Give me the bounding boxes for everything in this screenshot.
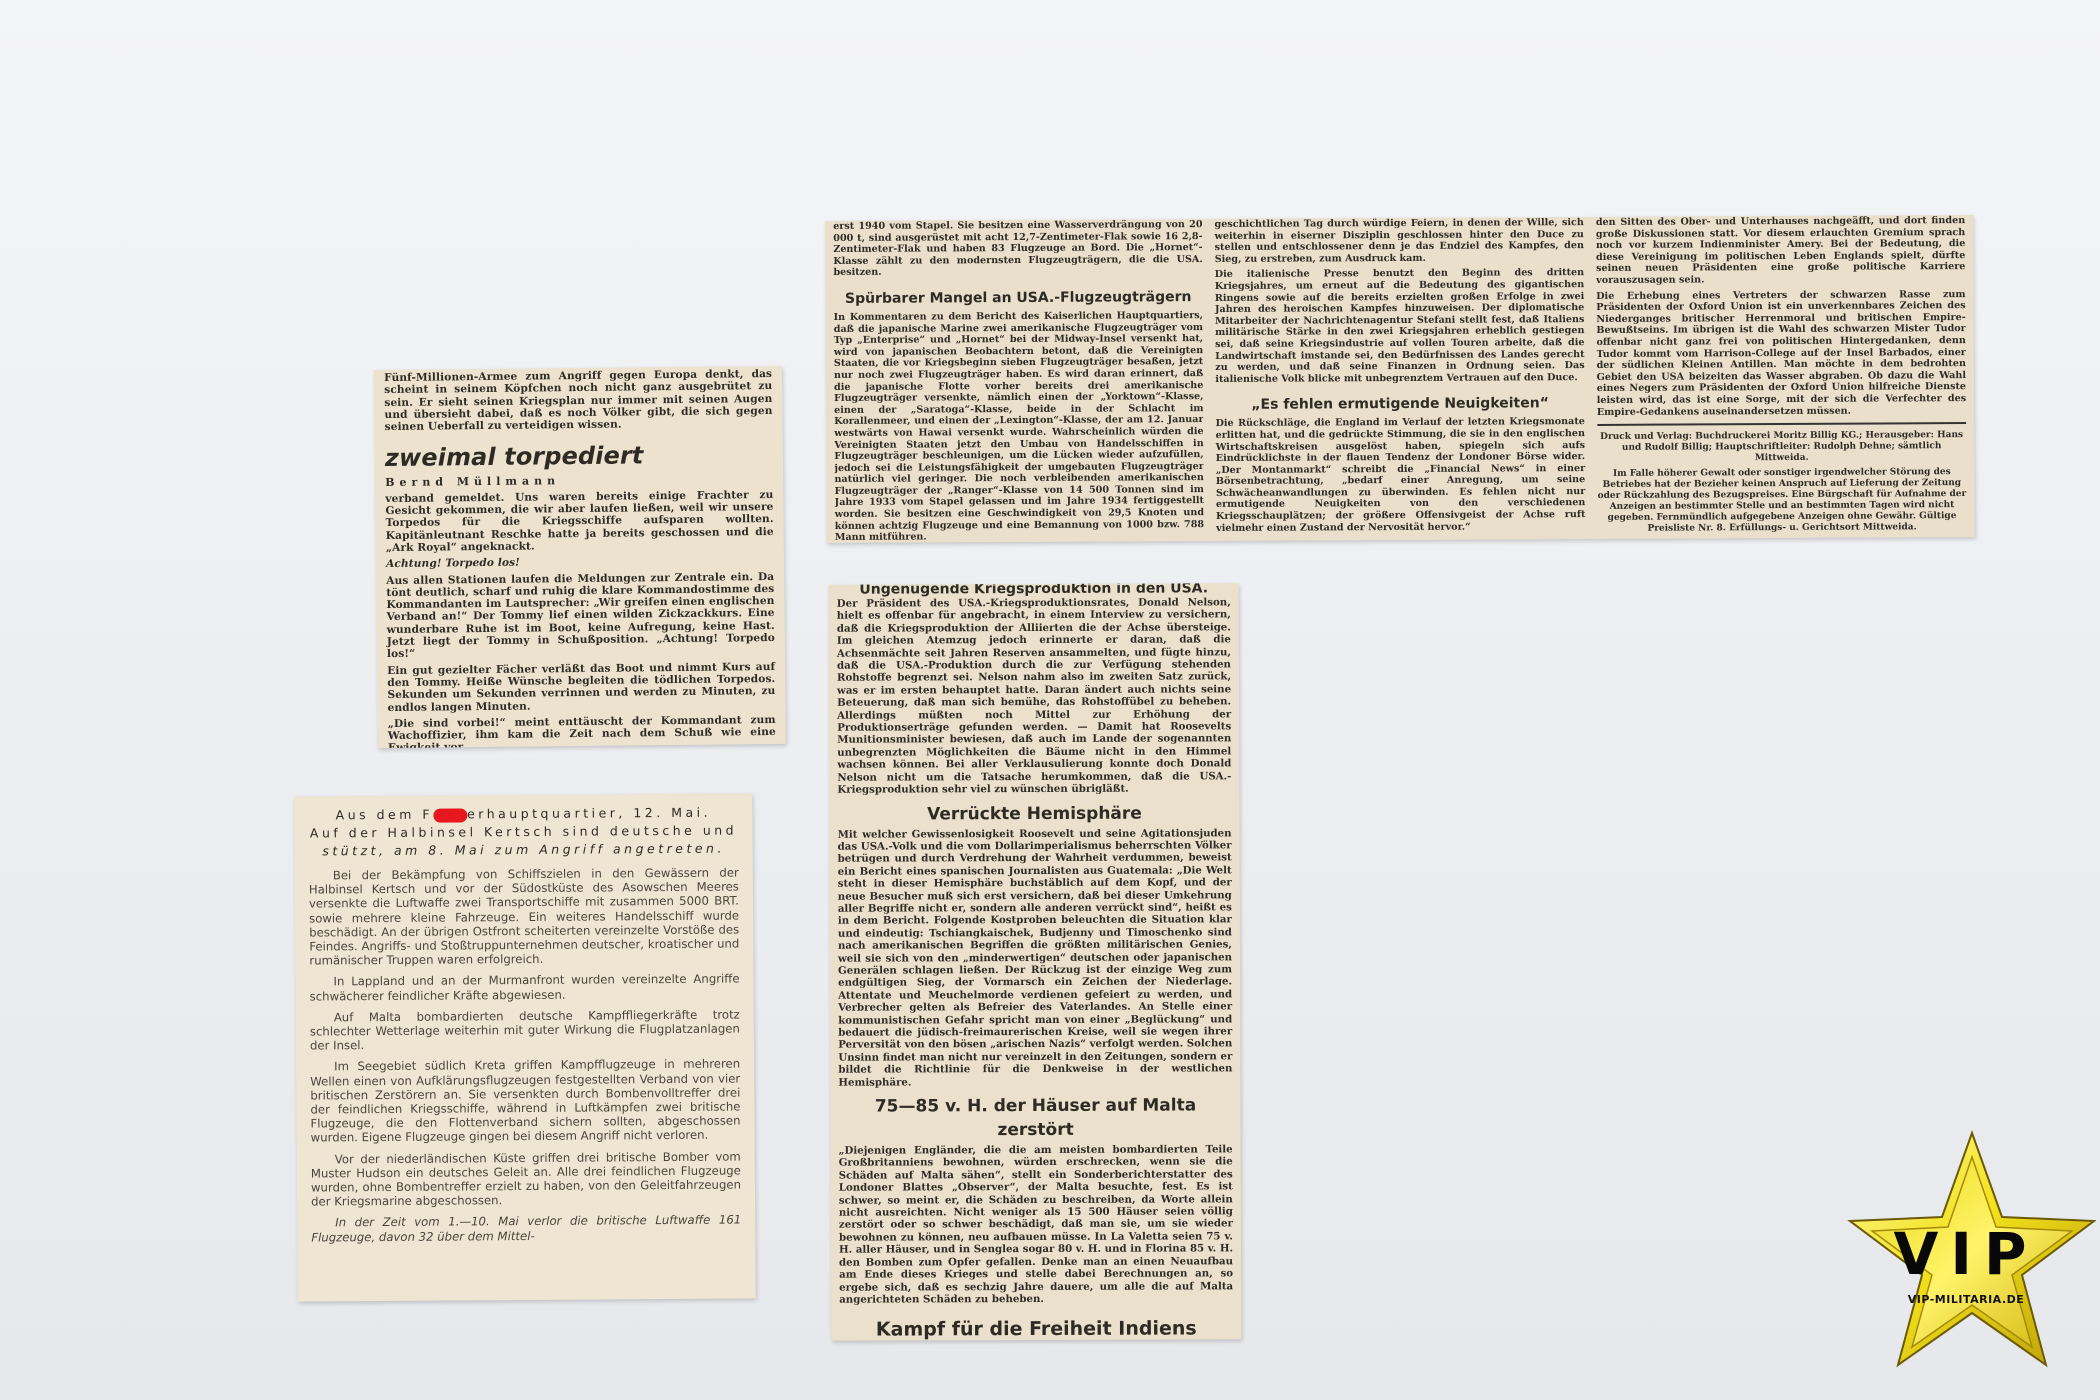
clipping-byline: Bernd Müllmann	[385, 473, 773, 489]
newspaper-clipping-tall-column: Ungenügende Kriegsproduktion in den USA.…	[829, 583, 1242, 1340]
clipping-column-1: erst 1940 vom Stapel. Sie besitzen eine …	[833, 219, 1204, 543]
clipping-headline: 75—85 v. H. der Häuser auf Malta zerstör…	[838, 1093, 1232, 1142]
clipping-paragraph: In Kommentaren zu dem Bericht des Kaiser…	[834, 310, 1205, 543]
clipping-intro: Fünf-Millionen-Armee zum Angriff gegen E…	[384, 368, 773, 434]
clipping-paragraph: Im Seegebiet südlich Kreta griffen Kampf…	[310, 1057, 741, 1145]
clipping-paragraph: Mit welcher Gewissenlosigkeit Roosevelt …	[838, 827, 1233, 1089]
clipping-paragraph: Vor der niederländischen Küste griffen d…	[311, 1149, 741, 1209]
clipping-column-3: den Sitten des Ober- und Unterhauses nac…	[1596, 215, 1967, 539]
clipping-headline: „Es fehlen ermutigende Neuigkeiten“	[1215, 393, 1584, 415]
clipping-headline: Spürbarer Mangel an USA.-Flugzeugträgern	[834, 287, 1203, 309]
vip-militaria-logo: VIP VIP-MILITARIA.DE	[1836, 1125, 2096, 1385]
logo-text: VIP	[1836, 1220, 2096, 1288]
clipping-subheading: Achtung! Torpedo los!	[386, 554, 774, 570]
newspaper-clipping-wide-strip: erst 1940 vom Stapel. Sie besitzen eine …	[825, 215, 1975, 543]
clipping-lead-line: stützt, am 8. Mai zum Angriff angetreten…	[309, 840, 739, 861]
clipping-headline: Kampf für die Freiheit Indiens	[839, 1315, 1233, 1341]
newspaper-clipping-torpediert: Fünf-Millionen-Armee zum Angriff gegen E…	[374, 366, 786, 748]
clipping-headline: zweimal torpediert	[385, 439, 773, 473]
redaction-mark	[433, 808, 467, 822]
divider	[1597, 422, 1966, 426]
clipping-paragraph: In Lappland und an der Murmanfront wurde…	[309, 972, 739, 1003]
clipping-paragraph: Die Rückschläge, die England im Verlauf …	[1216, 416, 1586, 534]
clipping-headline: Ungenügende Kriegsproduktion in den USA.	[837, 583, 1231, 597]
clipping-paragraph: In der Zeit vom 1.—10. Mai verlor die br…	[311, 1213, 741, 1244]
clipping-paragraph: Der Präsident des USA.-Kriegsproduktions…	[837, 596, 1232, 796]
clipping-paragraph: geschichtlichen Tag durch würdige Feiern…	[1214, 217, 1584, 265]
clipping-notice: Im Falle höherer Gewalt oder sonstiger i…	[1597, 467, 1967, 535]
clipping-paragraph: Aus allen Stationen laufen die Meldungen…	[386, 571, 775, 661]
clipping-paragraph: Die Erhebung eines Vertreters der schwar…	[1596, 289, 1966, 418]
clipping-paragraph: verband gemeldet. Uns waren bereits eini…	[385, 489, 774, 555]
clipping-headline: Verrückte Hemisphäre	[837, 801, 1231, 826]
clipping-imprint: Druck und Verlag: Buchdruckerei Moritz B…	[1597, 430, 1966, 465]
clipping-column-2: geschichtlichen Tag durch würdige Feiern…	[1214, 217, 1585, 541]
clipping-paragraph: den Sitten des Ober- und Unterhauses nac…	[1596, 215, 1966, 286]
clipping-paragraph: „Diejenigen Engländer, die die am meiste…	[839, 1143, 1234, 1306]
clipping-paragraph: Ein gut gezielter Fächer verläßt das Boo…	[387, 661, 775, 714]
clipping-paragraph: Auf Malta bombardierten deutsche Kampffl…	[310, 1007, 740, 1053]
clipping-paragraph: erst 1940 vom Stapel. Sie besitzen eine …	[833, 219, 1203, 279]
clipping-paragraph: Die italienische Presse benutzt den Begi…	[1215, 267, 1585, 385]
clipping-paragraph: „Die sind vorbei!“ meint enttäuscht der …	[388, 714, 776, 748]
logo-url: VIP-MILITARIA.DE	[1836, 1293, 2096, 1306]
newspaper-clipping-wehrmachtbericht: Aus dem Ferhauptquartier, 12. Mai. Auf d…	[294, 793, 756, 1301]
clipping-paragraph: Bei der Bekämpfung von Schiffszielen in …	[309, 866, 740, 968]
